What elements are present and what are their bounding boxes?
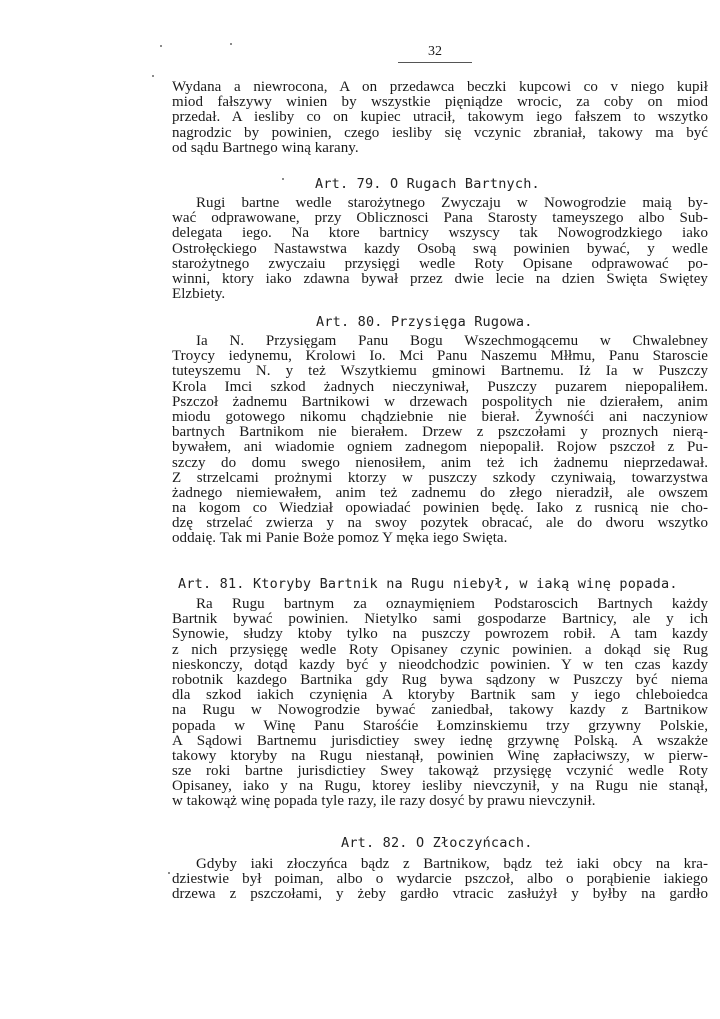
text-line: dziestwie był poiman, albo o wydarcie ps… xyxy=(172,872,708,887)
page-number: 32 xyxy=(395,44,475,60)
text-line: nagrodzic by powinien, czego iesliby się… xyxy=(172,126,708,141)
text-line: Pszczoł żadnemu Bartnikowi w drzewach po… xyxy=(172,395,708,410)
text-line: sze roki bartne jurisdictiey Swey takową… xyxy=(172,764,708,779)
text-line: Wydana a niewrocona, A on przedawca becz… xyxy=(172,80,708,95)
scan-speck xyxy=(282,178,284,180)
text-line: na Rugu w Nowogrodzie bywać zaniedbał, t… xyxy=(172,703,708,718)
text-line: nieskonczy, dotąd kazdy być y nieodchodz… xyxy=(172,658,708,673)
text-line: popada w Winę Panu Starośćie Łomzinskiem… xyxy=(172,719,708,734)
text-line: Synowie, słudzy ktoby tylko na puszczy p… xyxy=(172,627,708,642)
scan-speck xyxy=(160,45,162,47)
text-line: Opisaney, iako y na Rugu, ktorey iesliby… xyxy=(172,779,708,794)
scan-speck xyxy=(168,872,170,874)
text-line: w takowąż winę popada tyle razy, ile raz… xyxy=(172,794,708,809)
scan-speck xyxy=(230,43,232,45)
text-line: bartnych Bartnikom nie bierałem. Drzew z… xyxy=(172,425,708,440)
article-heading-79: Art. 79. O Rugach Bartnych. xyxy=(315,176,540,192)
text-line: miodu gotowego nikomu chądziebnie nie bi… xyxy=(172,410,708,425)
text-line: szczy do domu swego nienosiłem, anim też… xyxy=(172,456,708,471)
text-line: A Sądowi Bartnemu jurisdictiey swey iedn… xyxy=(172,734,708,749)
text-line: żadnego niemiewałem, anim też zadnemu do… xyxy=(172,486,708,501)
article-heading-80: Art. 80. Przysięga Rugowa. xyxy=(316,314,533,330)
text-line: Ia N. Przysięgam Panu Bogu Wszechmogącem… xyxy=(172,334,708,349)
text-line: Ostrołęckiego Nastawstwa kazdy Osobą swą… xyxy=(172,242,708,257)
section-intro: Wydana a niewrocona, A on przedawca becz… xyxy=(172,80,708,156)
section-art-79: Rugi bartne wedle starożytnego Zwyczaju … xyxy=(172,196,708,302)
text-line: drzewa z pszczołami, y żeby gardło vtrac… xyxy=(172,887,708,902)
text-line: starożytnego zwyczaiu przysięgi wedle Ro… xyxy=(172,257,708,272)
section-art-80: Ia N. Przysięgam Panu Bogu Wszechmogącem… xyxy=(172,334,708,547)
text-line: Elzbiety. xyxy=(172,287,708,302)
text-line: oddaię. Tak mi Panie Boże pomoz Y męka i… xyxy=(172,531,708,546)
text-line: Z strzelcami prożnymi ktorzy w puszczy s… xyxy=(172,471,708,486)
text-line: bywałem, ani wiadomie ogniem zadnegom ni… xyxy=(172,440,708,455)
text-line: Rugi bartne wedle starożytnego Zwyczaju … xyxy=(172,196,708,211)
section-art-82: Gdyby iaki złoczyńca bądz z Bartnikow, b… xyxy=(172,857,708,903)
text-line: Ra Rugu bartnym za oznaymięniem Podstaro… xyxy=(172,597,708,612)
text-line: Troycy iedynemu, Krolowi Io. Mci Panu Na… xyxy=(172,349,708,364)
text-line: dla szkod iakich czynięnia A ktoryby Bar… xyxy=(172,688,708,703)
text-line: delegata iego. Na ktore bartnicy wszyscy… xyxy=(172,226,708,241)
text-line: takowy ktoryby na Rugu niestanął, powini… xyxy=(172,749,708,764)
text-line: Gdyby iaki złoczyńca bądz z Bartnikow, b… xyxy=(172,857,708,872)
text-line: od sądu Bartnego winą karany. xyxy=(172,141,708,156)
text-line: Bartnik bywać powinien. Nietylko sami go… xyxy=(172,612,708,627)
text-line: przedał. A iesliby co on kupiec utracił,… xyxy=(172,110,708,125)
section-art-81: Ra Rugu bartnym za oznaymięniem Podstaro… xyxy=(172,597,708,810)
text-line: miod fałszywy winien by wszystkie pięnią… xyxy=(172,95,708,110)
text-line: na kogom co Wiedział opowiadać powinien … xyxy=(172,501,708,516)
text-line: wać odprawowane, przy Oblicznosci Pana S… xyxy=(172,211,708,226)
article-heading-81: Art. 81. Ktoryby Bartnik na Rugu niebył,… xyxy=(178,576,678,592)
article-heading-82: Art. 82. O Złoczyńcach. xyxy=(341,835,533,851)
text-line: Krola Imci szkod żadnych nieczyniwał, Pu… xyxy=(172,380,708,395)
text-line: z nich przysięgę wedle Roty Opisaney czy… xyxy=(172,643,708,658)
text-line: robotnik kazdego Bartnika gdy Rug bywa s… xyxy=(172,673,708,688)
text-line: winni, ktory iako zdawna bywał przez dwi… xyxy=(172,272,708,287)
page-number-rule xyxy=(398,62,472,63)
scan-speck xyxy=(152,75,154,77)
text-line: dzę strzelać zwierza y na swoy pozytek o… xyxy=(172,516,708,531)
text-line: tuteyszemu N. y też Wszytkiemu gminowi B… xyxy=(172,364,708,379)
